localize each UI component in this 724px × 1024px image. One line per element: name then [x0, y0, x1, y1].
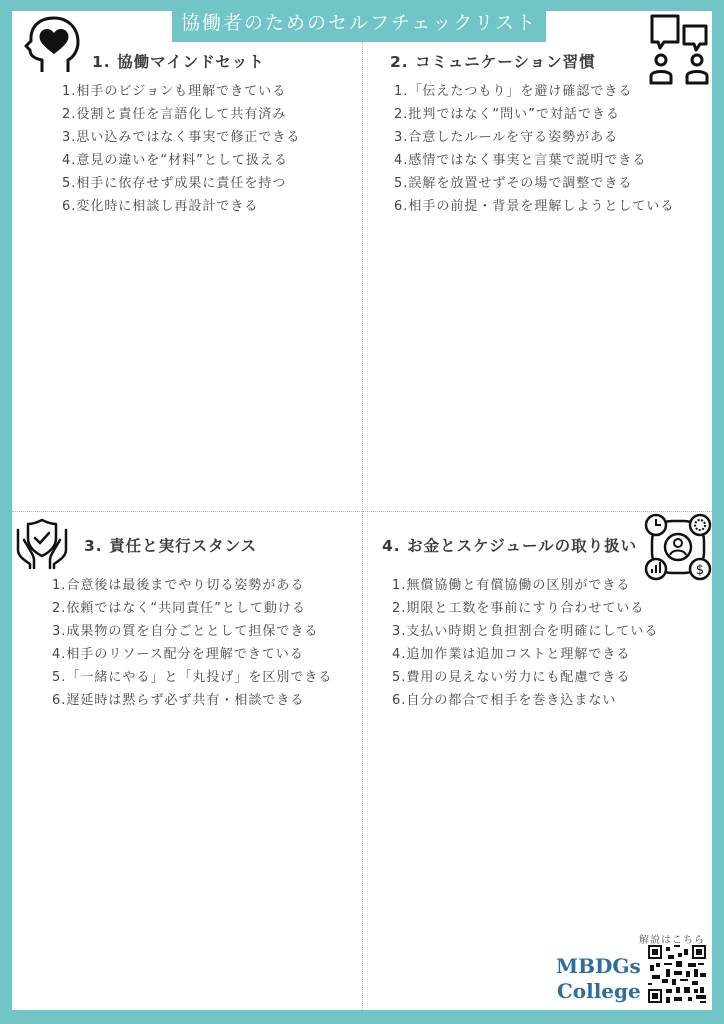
- hands-shield-check-icon: [14, 516, 70, 570]
- vertical-divider: [362, 42, 363, 1010]
- person-clock-gear-money-icon: $: [644, 513, 712, 581]
- checklist-item: 3.支払い時期と負担割合を明確にしている: [392, 620, 658, 643]
- checklist-item: 3.合意したルールを守る姿勢がある: [394, 126, 674, 149]
- head-heart-icon: [22, 14, 84, 76]
- checklist-item: 2.期限と工数を事前にすり合わせている: [392, 597, 658, 620]
- checklist-item: 6.自分の都合で相手を巻き込まない: [392, 689, 658, 712]
- checklist-item: 5.相手に依存せず成果に責任を持つ: [62, 172, 300, 195]
- checklist-item: 4.意見の違いを“材料”として扱える: [62, 149, 300, 172]
- brand-line-2: College: [556, 979, 641, 1004]
- checklist-item: 1.無償協働と有償協働の区別ができる: [392, 574, 658, 597]
- checklist-item: 2.役割と責任を言語化して共有済み: [62, 103, 300, 126]
- people-chat-icon: [648, 12, 712, 86]
- checklist-responsibility: 1.合意後は最後までやり切る姿勢がある 2.依頼ではなく“共同責任”として動ける…: [52, 574, 332, 712]
- qr-caption: 解説はこちら: [639, 931, 705, 946]
- checklist-mindset: 1.相手のビジョンも理解できている 2.役割と責任を言語化して共有済み 3.思い…: [62, 80, 300, 218]
- checklist-item: 1.「伝えたつもり」を避け確認できる: [394, 80, 674, 103]
- checklist-communication: 1.「伝えたつもり」を避け確認できる 2.批判ではなく“問い”で対話できる 3.…: [394, 80, 674, 218]
- section-title-responsibility: 3. 責任と実行スタンス: [84, 534, 257, 556]
- brand-line-1: MBDGs: [556, 954, 641, 979]
- checklist-item: 5.「一緒にやる」と「丸投げ」を区別できる: [52, 666, 332, 689]
- page-title: 協働者のためのセルフチェックリスト: [172, 0, 546, 42]
- checklist-item: 5.費用の見えない労力にも配慮できる: [392, 666, 658, 689]
- qr-code-icon[interactable]: [648, 945, 706, 1003]
- checklist-item: 4.相手のリソース配分を理解できている: [52, 643, 332, 666]
- section-title-money-schedule: 4. お金とスケジュールの取り扱い: [382, 534, 637, 556]
- checklist-item: 6.遅延時は黙らず必ず共有・相談できる: [52, 689, 332, 712]
- checklist-item: 5.誤解を放置せずその場で調整できる: [394, 172, 674, 195]
- checklist-item: 1.合意後は最後までやり切る姿勢がある: [52, 574, 332, 597]
- horizontal-divider: [12, 511, 712, 512]
- checklist-item: 3.成果物の質を自分ごととして担保できる: [52, 620, 332, 643]
- checklist-item: 2.批判ではなく“問い”で対話できる: [394, 103, 674, 126]
- checklist-item: 1.相手のビジョンも理解できている: [62, 80, 300, 103]
- section-title-communication: 2. コミュニケーション習慣: [390, 50, 596, 72]
- checklist-money-schedule: 1.無償協働と有償協働の区別ができる 2.期限と工数を事前にすり合わせている 3…: [392, 574, 658, 712]
- section-title-mindset: 1. 協働マインドセット: [92, 50, 265, 72]
- svg-text:$: $: [696, 563, 704, 578]
- checklist-item: 6.相手の前提・背景を理解しようとしている: [394, 195, 674, 218]
- brand-logo: MBDGs College: [556, 954, 641, 1004]
- checklist-item: 6.変化時に相談し再設計できる: [62, 195, 300, 218]
- checklist-item: 4.感情ではなく事実と言葉で説明できる: [394, 149, 674, 172]
- checklist-item: 3.思い込みではなく事実で修正できる: [62, 126, 300, 149]
- checklist-item: 2.依頼ではなく“共同責任”として動ける: [52, 597, 332, 620]
- checklist-item: 4.追加作業は追加コストと理解できる: [392, 643, 658, 666]
